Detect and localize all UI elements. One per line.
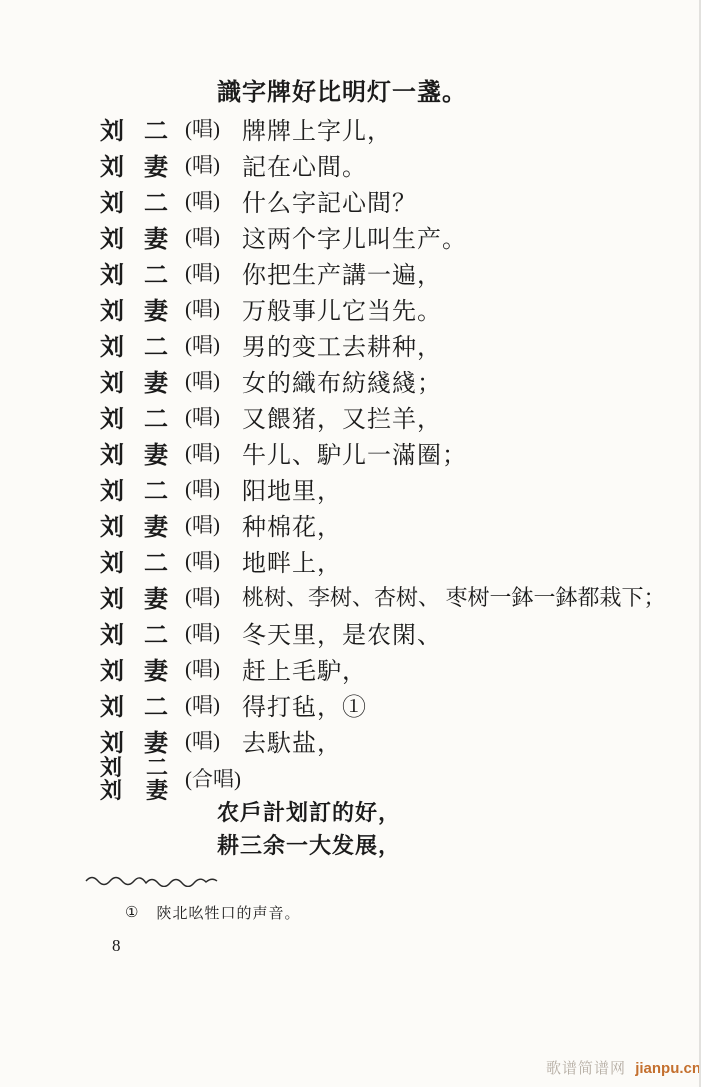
- speaker-name: 刘妻: [100, 507, 168, 542]
- dialogue-row: 刘妻 (唱) 去馱盐，: [100, 722, 666, 758]
- watermark-site-url: jianpu.cn: [635, 1060, 701, 1077]
- footnote: ① 陝北吆牲口的声音。: [125, 902, 300, 923]
- chorus-line: 耕三余一大发展，: [217, 829, 401, 862]
- speaker-name: 刘妻: [100, 435, 168, 470]
- dialogue-row: 刘二 (唱) 什么字記心間？: [100, 182, 666, 218]
- lyric-text: 什么字記心間？: [242, 183, 417, 218]
- sing-tag: (唱): [185, 401, 240, 431]
- dialogue-row: 刘二 (唱) 冬天里，是农閑、: [100, 614, 666, 650]
- dialogue-row: 刘妻 (唱) 女的織布紡綫綫；: [100, 362, 666, 398]
- lyric-text: 冬天里，是农閑、: [242, 615, 442, 650]
- joint-speaker-names: 刘二 刘妻: [100, 755, 168, 801]
- speaker-name: 刘妻: [100, 363, 168, 398]
- sing-tag: (唱): [185, 581, 240, 611]
- speaker-name: 刘妻: [100, 291, 168, 326]
- sing-tag: (唱): [185, 617, 240, 647]
- joint-chorus-row: 刘二 刘妻 (合唱): [100, 754, 666, 802]
- scanned-script-page: 識字牌好比明灯一盞。 刘二 (唱) 牌牌上字儿， 刘妻 (唱) 記在心間。 刘二…: [0, 0, 701, 1087]
- speaker-name: 刘二: [100, 615, 168, 650]
- speaker-name: 刘二: [100, 471, 168, 506]
- sing-tag: (唱): [185, 689, 240, 719]
- sing-tag: (唱): [185, 473, 240, 503]
- sing-tag: (唱): [185, 329, 240, 359]
- lyric-text: 种棉花，: [242, 507, 342, 542]
- speaker-name: 刘二: [100, 327, 168, 362]
- chorus-line: 农戶計划訂的好，: [217, 796, 401, 829]
- dialogue-row: 刘妻 (唱) 記在心間。: [100, 146, 666, 182]
- footnote-divider-squiggle: [85, 873, 219, 887]
- lyric-text: 地畔上，: [242, 543, 342, 578]
- dialogue-row: 刘二 (唱) 牌牌上字儿，: [100, 110, 666, 146]
- dialogue-list: 刘二 (唱) 牌牌上字儿， 刘妻 (唱) 記在心間。 刘二 (唱) 什么字記心間…: [100, 110, 666, 802]
- chorus-couplet: 农戶計划訂的好， 耕三余一大发展，: [217, 796, 401, 862]
- page-number: 8: [112, 936, 121, 956]
- dialogue-row: 刘二 (唱) 地畔上，: [100, 542, 666, 578]
- dialogue-row: 刘妻 (唱) 万般事儿它当先。: [100, 290, 666, 326]
- lyric-text: 男的变工去耕种，: [242, 327, 442, 362]
- watermark-site-name: 歌谱简谱网: [546, 1060, 626, 1077]
- lyric-text: 去馱盐，: [242, 723, 342, 758]
- lyric-text: 牌牌上字儿，: [242, 111, 392, 146]
- lyric-text: 女的織布紡綫綫；: [242, 363, 442, 398]
- lyric-text: 得打毡，①: [242, 687, 367, 722]
- sing-tag: (唱): [185, 509, 240, 539]
- watermark: 歌谱简谱网 jianpu.cn: [546, 1057, 701, 1078]
- speaker-name: 刘二: [100, 687, 168, 722]
- speaker-name: 刘妻: [100, 651, 168, 686]
- footnote-marker: ①: [125, 903, 139, 922]
- dialogue-row: 刘二 (唱) 又餵猪，又拦羊，: [100, 398, 666, 434]
- dialogue-row: 刘二 (唱) 阳地里，: [100, 470, 666, 506]
- sing-tag: (唱): [185, 293, 240, 323]
- lyric-text: 这两个字儿叫生产。: [242, 219, 467, 254]
- dialogue-row: 刘妻 (唱) 桃树、李树、杏树、 枣树一鉢一鉢都栽下；: [100, 578, 666, 614]
- dialogue-row: 刘妻 (唱) 这两个字儿叫生产。: [100, 218, 666, 254]
- speaker-name: 刘妻: [100, 147, 168, 182]
- dialogue-row: 刘二 (唱) 你把生产講一遍，: [100, 254, 666, 290]
- speaker-name: 刘妻: [100, 579, 168, 614]
- speaker-name: 刘二: [100, 183, 168, 218]
- chorus-tag: (合唱): [185, 763, 240, 793]
- lyric-text: 赶上毛馿，: [242, 651, 367, 686]
- dialogue-row: 刘妻 (唱) 牛儿、馿儿一滿圈；: [100, 434, 666, 470]
- lyric-text: 牛儿、馿儿一滿圈；: [242, 435, 467, 470]
- dialogue-row: 刘妻 (唱) 种棉花，: [100, 506, 666, 542]
- speaker-name: 刘二: [100, 255, 168, 290]
- lyric-text: 你把生产講一遍，: [242, 255, 442, 290]
- sing-tag: (唱): [185, 437, 240, 467]
- lyric-text: 阳地里，: [242, 471, 342, 506]
- dialogue-row: 刘二 (唱) 得打毡，①: [100, 686, 666, 722]
- sing-tag: (唱): [185, 185, 240, 215]
- speaker-name: 刘二: [100, 111, 168, 146]
- sing-tag: (唱): [185, 257, 240, 287]
- speaker-name: 刘妻: [100, 219, 168, 254]
- lyric-text: 又餵猪，又拦羊，: [242, 399, 442, 434]
- sing-tag: (唱): [185, 113, 240, 143]
- page-title-sung-line: 識字牌好比明灯一盞。: [217, 72, 467, 107]
- sing-tag: (唱): [185, 725, 240, 755]
- lyric-text: 万般事儿它当先。: [242, 291, 442, 326]
- sing-tag: (唱): [185, 653, 240, 683]
- sing-tag: (唱): [185, 365, 240, 395]
- footnote-text: 陝北吆牲口的声音。: [156, 902, 300, 923]
- speaker-name: 刘二: [100, 399, 168, 434]
- dialogue-row: 刘二 (唱) 男的变工去耕种，: [100, 326, 666, 362]
- lyric-text: 桃树、李树、杏树、 枣树一鉢一鉢都栽下；: [242, 581, 666, 612]
- sing-tag: (唱): [185, 545, 240, 575]
- sing-tag: (唱): [185, 221, 240, 251]
- speaker-name: 刘二: [100, 543, 168, 578]
- sing-tag: (唱): [185, 149, 240, 179]
- dialogue-row: 刘妻 (唱) 赶上毛馿，: [100, 650, 666, 686]
- lyric-text: 記在心間。: [242, 147, 367, 182]
